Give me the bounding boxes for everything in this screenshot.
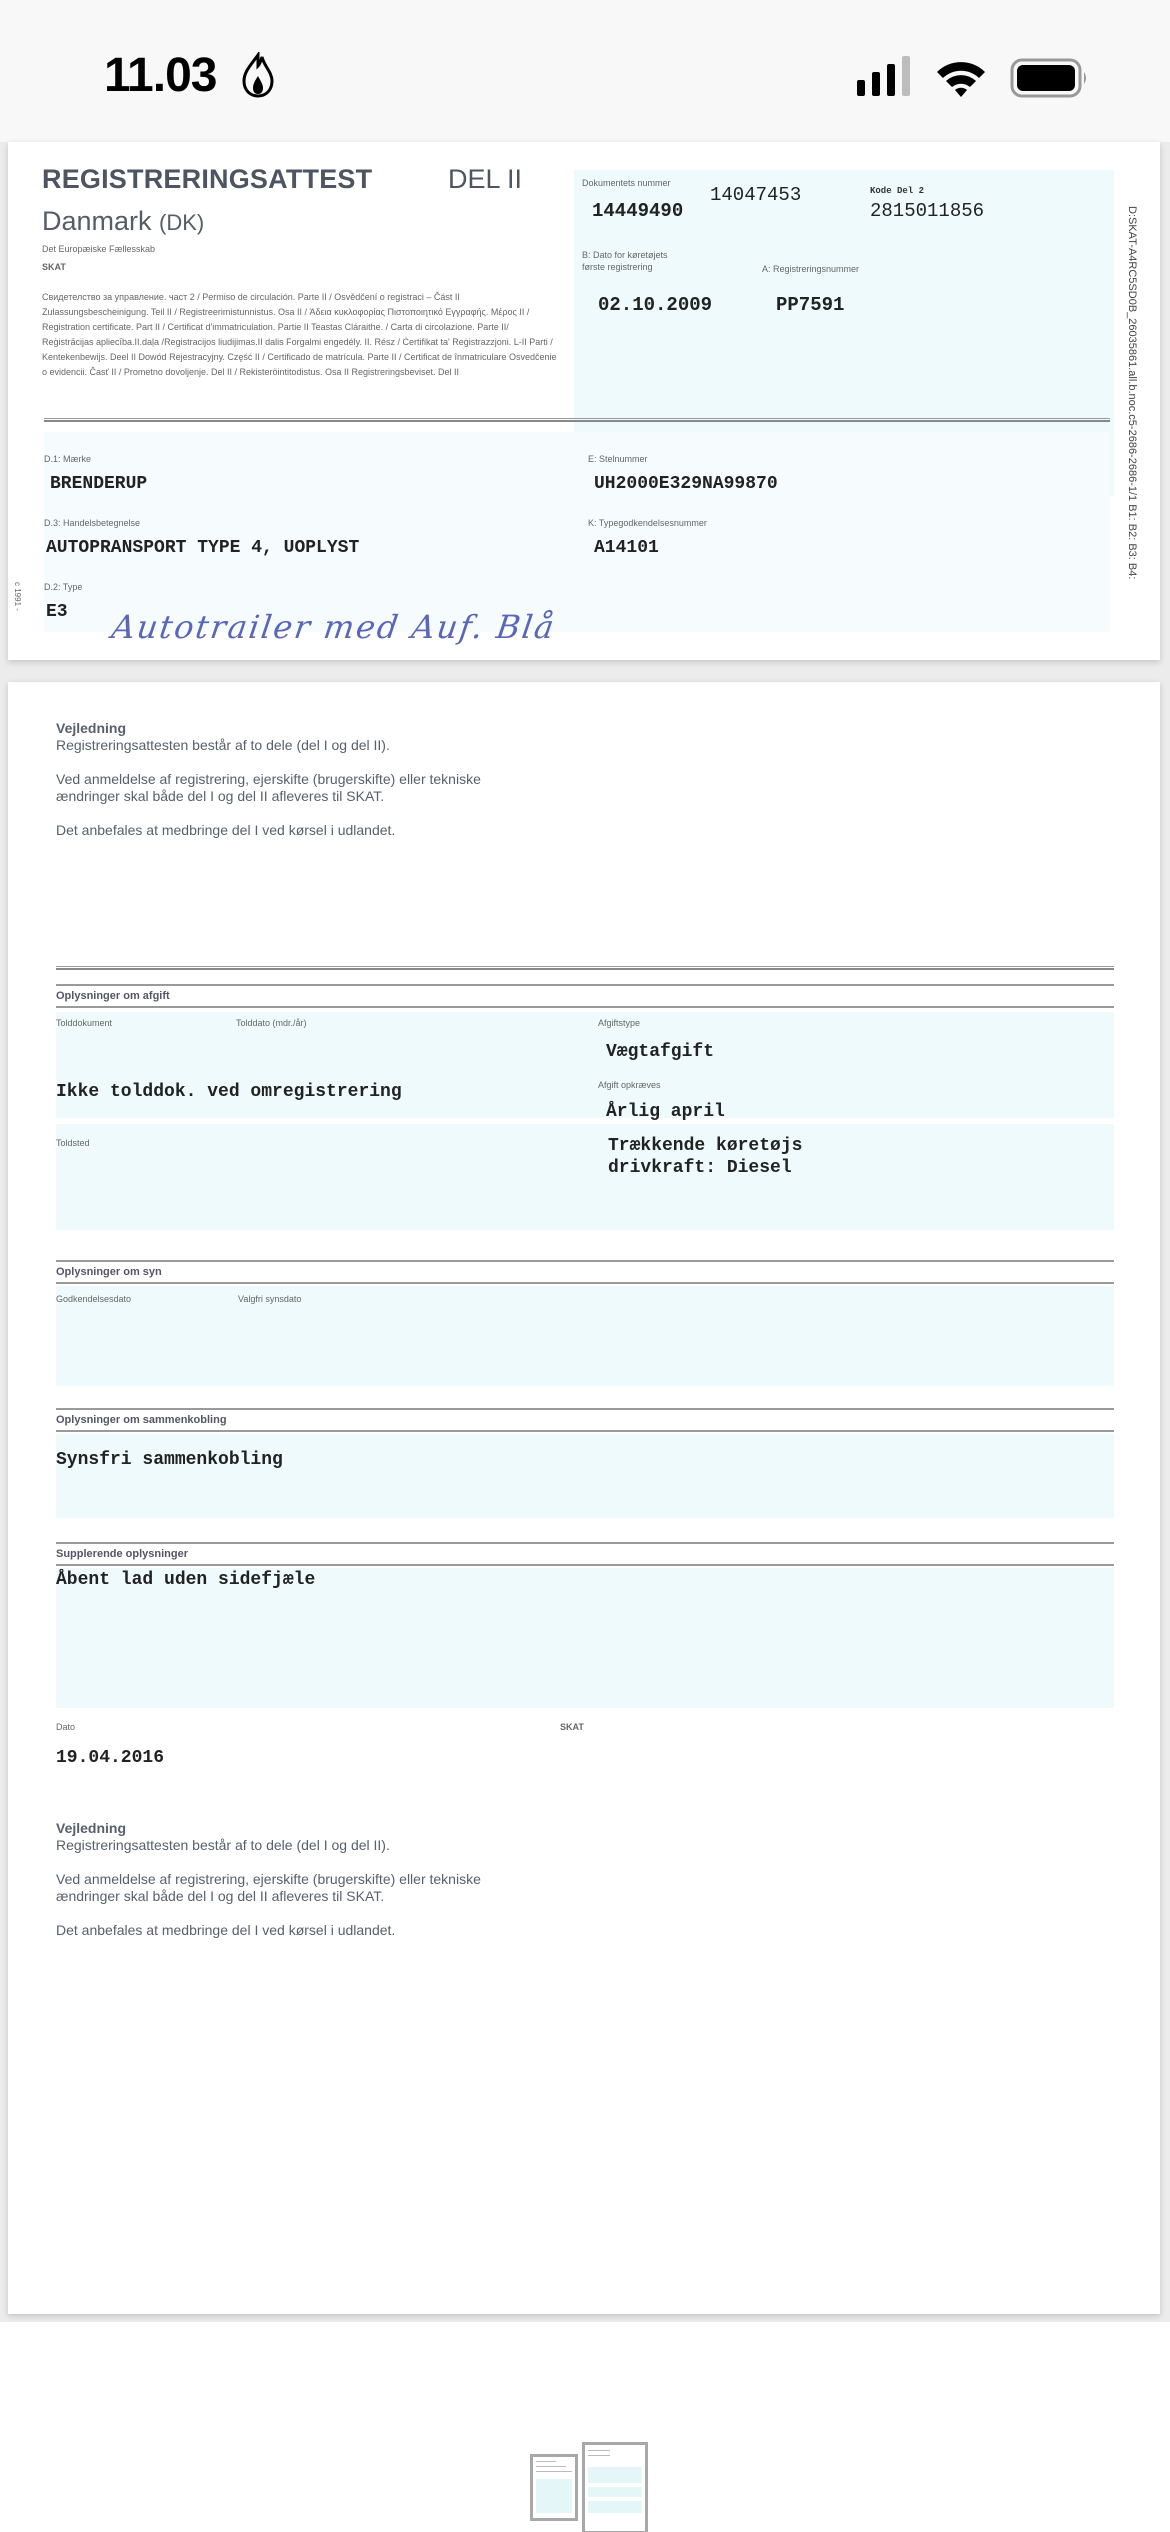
guidance-para3: Det anbefales at medbringe del I ved kør… <box>56 822 536 839</box>
section-rule <box>56 1282 1114 1284</box>
guidance-line1: Registreringsattesten består af to dele … <box>56 1837 536 1854</box>
thumbnail-page-2[interactable] <box>582 2442 648 2532</box>
guidance-para2: Ved anmeldelse af registrering, ejerskif… <box>56 771 536 805</box>
skat-label: SKAT <box>560 1722 584 1732</box>
doc-number: 14449490 <box>592 200 683 222</box>
inspection-section-title: Oplysninger om syn <box>56 1266 162 1278</box>
coupling-section-title: Oplysninger om sammenkobling <box>56 1414 227 1426</box>
customs-place-field-area <box>56 1124 1114 1230</box>
vehicle-field-area <box>44 432 1110 632</box>
optional-inspection-label: Valgfri synsdato <box>238 1294 301 1304</box>
guidance-top: Vejledning Registreringsattesten består … <box>56 720 536 856</box>
status-time: 11.03 <box>104 48 216 103</box>
tax-collected-value: Årlig april <box>606 1102 725 1122</box>
page-2[interactable]: Vejledning Registreringsattesten består … <box>8 682 1160 2314</box>
section-rule <box>56 984 1114 986</box>
tax-type-value: Vægtafgift <box>606 1042 714 1062</box>
tax-type-label: Afgiftstype <box>598 1018 640 1028</box>
vin-value: UH2000E329NA99870 <box>594 474 778 494</box>
margin-code: c 1991 - <box>10 582 22 632</box>
guidance-para2: Ved anmeldelse af registrering, ejerskif… <box>56 1871 536 1905</box>
reg-number-value: PP7591 <box>776 294 844 316</box>
guidance-line1: Registreringsattesten består af to dele … <box>56 737 536 754</box>
wifi-icon <box>935 58 987 98</box>
section-rule <box>56 1564 1114 1566</box>
propulsion-value-2: drivkraft: Diesel <box>608 1158 792 1178</box>
page-1[interactable]: REGISTRERINGSATTEST DEL II Danmark (DK) … <box>8 142 1160 660</box>
country-name: Danmark <box>42 206 152 236</box>
kode-value: 2815011856 <box>870 200 984 222</box>
approval-date-label: Godkendelsesdato <box>56 1294 131 1304</box>
document-title: REGISTRERINGSATTEST <box>42 164 372 195</box>
document-part: DEL II <box>448 164 522 195</box>
customs-date-label: Tolddato (mdr./år) <box>236 1018 307 1028</box>
propulsion-value-1: Trækkende køretøjs <box>608 1136 802 1156</box>
type-approval-label: K: Typegodkendelsesnummer <box>588 518 707 528</box>
thumbnail-page-1[interactable] <box>530 2454 578 2521</box>
date-value: 19.04.2016 <box>56 1748 164 1768</box>
guidance-para3: Det anbefales at medbringe del I ved kør… <box>56 1922 536 1939</box>
cellular-signal-icon <box>855 56 913 98</box>
guidance-title: Vejledning <box>56 1820 536 1837</box>
section-rule <box>56 1260 1114 1262</box>
trade-label: D.3: Handelsbetegnelse <box>44 518 140 528</box>
flame-icon <box>240 52 276 98</box>
tax-field-area <box>56 1012 1114 1118</box>
document-viewer[interactable]: REGISTRERINGSATTEST DEL II Danmark (DK) … <box>0 142 1170 2322</box>
side-code: D:SKAT-A4RC5SD0B_26035861.all.b.noc.c5-2… <box>1120 206 1140 626</box>
type-approval-value: A14101 <box>594 538 659 558</box>
first-reg-value: 02.10.2009 <box>598 294 712 316</box>
date-label: Dato <box>56 1722 75 1732</box>
customs-place-label: Toldsted <box>56 1138 90 1148</box>
type-value: E3 <box>46 602 68 622</box>
section-rule <box>56 1542 1114 1544</box>
kode-label: Kode Del 2 <box>870 186 924 196</box>
type-label: D.2: Type <box>44 582 82 592</box>
handwritten-note: Autotrailer med Auf. Blå <box>109 608 558 646</box>
battery-icon <box>1010 58 1090 98</box>
section-rule <box>56 1430 1114 1432</box>
inspection-field-area <box>56 1286 1114 1386</box>
divider <box>44 418 1110 422</box>
country-code: (DK) <box>159 210 204 235</box>
supplementary-value: Åbent lad uden sidefjæle <box>56 1570 315 1590</box>
first-reg-label-1: B: Dato for køretøjets <box>582 250 668 260</box>
guidance-bottom: Vejledning Registreringsattesten består … <box>56 1820 536 1956</box>
status-bar: 11.03 <box>0 0 1170 142</box>
doc-number-2: 14047453 <box>710 184 801 206</box>
customs-doc-value: Ikke tolddok. ved omregistrering <box>56 1082 402 1102</box>
trade-value: AUTOPRANSPORT TYPE 4, UOPLYST <box>46 538 359 558</box>
make-label: D.1: Mærke <box>44 454 91 464</box>
guidance-title: Vejledning <box>56 720 536 737</box>
coupling-value: Synsfri sammenkobling <box>56 1450 283 1470</box>
page-thumbnails <box>0 2322 1170 2532</box>
divider <box>56 966 1114 970</box>
vin-label: E: Stelnummer <box>588 454 648 464</box>
coupling-field-area <box>56 1434 1114 1518</box>
eu-line: Det Europæiske Fællesskab <box>42 244 155 254</box>
section-rule <box>56 1006 1114 1008</box>
authority: SKAT <box>42 262 66 272</box>
make-value: BRENDERUP <box>50 474 147 494</box>
tax-section-title: Oplysninger om afgift <box>56 990 170 1002</box>
multilingual-titles: Свидетелство за управление. част 2 / Per… <box>42 290 562 380</box>
supplementary-section-title: Supplerende oplysninger <box>56 1548 188 1560</box>
reg-number-label: A: Registreringsnummer <box>762 264 859 274</box>
document-country: Danmark (DK) <box>42 206 204 237</box>
first-reg-label-2: første registrering <box>582 262 653 272</box>
section-rule <box>56 1408 1114 1410</box>
tax-collected-label: Afgift opkræves <box>598 1080 661 1090</box>
customs-doc-label: Tolddokument <box>56 1018 112 1028</box>
doc-number-label: Dokumentets nummer <box>582 178 671 188</box>
